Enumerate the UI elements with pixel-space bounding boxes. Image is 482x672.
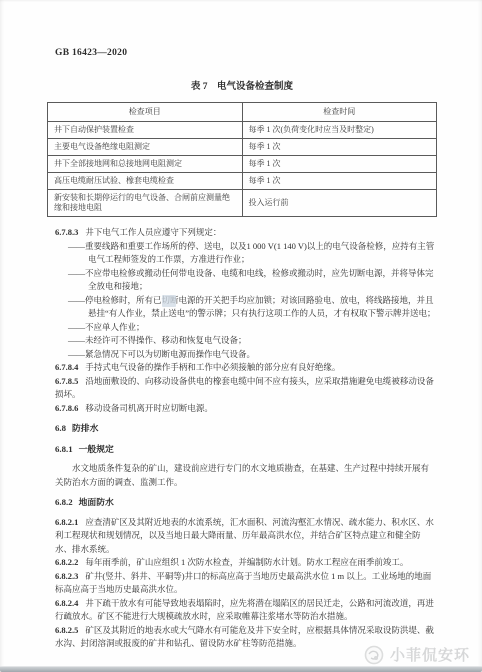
clause-text: 应查清矿区及其附近地表的水流系统，汇水面积、河流沟壑汇水情况、疏水能力、积水区、… [55,517,434,554]
table-row: 井下全部接地网和总接地网电阻测定每季 1 次 [48,156,437,173]
table-title: 表 7 电气设备检查制度 [47,78,437,92]
clause-number: 6.8 [55,423,66,433]
scan-smudge-artifact [162,295,176,307]
clause-text: 每年雨季前，矿山应组织 1 次防水检查，并编制防水计划。防水工程应在雨季前竣工。 [85,557,408,567]
dash-list-item: ——不应带电检修或搬动任何带电设备、电缆和电线，检修或搬动时，应先切断电源，并将… [55,267,437,294]
clause-paragraph: 6.8.2.1应查清矿区及其附近地表的水流系统，汇水面积、河流沟壑汇水情况、疏水… [55,516,437,557]
body-paragraph: 水文地质条件复杂的矿山，建设前应进行专门的水文地质勘查，在基建、生产过程中持续开… [55,462,437,489]
clause-text: 井下电气工作人员应遵守下列规定： [85,227,221,237]
column-header-item: 检查项目 [48,103,243,122]
clause-text: 移动设备司机离开时应切断电源。 [85,403,213,413]
clause-text: ——未经许可不得操作、移动和恢复电气设备； [68,335,247,345]
clause-number: 6.8.2.5 [55,625,78,635]
clause-text: 手持式电气设备的操作手柄和工作中必须接触的部分应有良好绝缘。 [85,362,340,372]
clause-text: 沿地面敷设的、向移动设备供电的橡套电缆中间不应有接头，应采取措施避免电缆被移动设… [55,376,434,400]
clause-text: ——不应带电检修或搬动任何带电设备、电缆和电线，检修或搬动时，应先切断电源，并将… [68,268,434,292]
clause-text: ——停电检修时，所有已切断电源的开关把手均应加锁；对该回路验电、放电，将线路接地… [68,295,436,319]
clause-number: 6.8.2 [55,497,73,507]
clause-paragraph: 6.7.8.4手持式电气设备的操作手柄和工作中必须接触的部分应有良好绝缘。 [55,361,437,375]
clause-text: ——不应单人作业； [68,322,145,332]
page-number: 52 [64,612,72,621]
clause-number: 6.8.2.3 [55,571,78,581]
inspection-item-cell: 高压电缆耐压试验、橡套电缆检查 [48,173,243,190]
inspection-item-cell: 井下全部接地网和总接地网电阻测定 [48,156,243,173]
dash-list-item: ——未经许可不得操作、移动和恢复电气设备； [55,334,437,348]
section-heading: 6.8防排水 [55,422,437,436]
clause-text: 防排水 [72,423,98,433]
dash-list-item: ——紧急情况下可以为切断电源而操作电气设备。 [55,348,437,362]
watermark-text: 小菲侃安环 [390,644,470,665]
table-row: 井下自动保护装置检查每季 1 次(负荷变化时应当及时整定) [48,122,437,139]
clause-text: 一般规定 [79,444,114,454]
clause-text: 井下疏干放水有可能导致地表塌陷时，应先将潜在塌陷区的居民迁走，公路和河流改道，再… [55,598,434,622]
clause-number: 6.7.8.5 [55,376,78,386]
clause-number: 6.8.1 [55,444,73,454]
clause-paragraph: 6.8.2.3矿井(竖井、斜井、平硐等)井口的标高应高于当地历史最高洪水位 1 … [55,570,437,597]
section-heading: 6.8.1一般规定 [55,443,437,457]
clause-paragraph: 6.8.2.2每年雨季前，矿山应组织 1 次防水检查，并编制防水计划。防水工程应… [55,556,437,570]
watermark: 小菲侃安环 [364,644,470,665]
inspection-time-cell: 投入运行前 [242,190,437,217]
body-text: 6.7.8.3井下电气工作人员应遵守下列规定：——重要线路和重要工作场所的停、送… [55,226,437,651]
clause-number: 6.7.8.3 [55,227,78,237]
inspection-item-cell: 新安装和长期停运行的电气设备、合闸前应测量绝缘和接地电阻 [48,190,243,217]
clause-number: 6.8.2.4 [55,598,78,608]
clause-paragraph: 6.7.8.6移动设备司机离开时应切断电源。 [55,402,437,416]
clause-text: ——重要线路和重要工作场所的停、送电，以及1 000 V(1 140 V)以上的… [68,241,434,265]
dash-list-item: ——重要线路和重要工作场所的停、送电，以及1 000 V(1 140 V)以上的… [55,240,437,267]
clause-number: 6.8.2.1 [55,517,78,527]
table-row: 新安装和长期停运行的电气设备、合闸前应测量绝缘和接地电阻投入运行前 [48,190,437,217]
clause-text: 水文地质条件复杂的矿山，建设前应进行专门的水文地质勘查，在基建、生产过程中持续开… [55,463,429,487]
column-header-time: 检查时间 [242,103,437,122]
clause-paragraph: 6.8.2.4井下疏干放水有可能导致地表塌陷时，应先将潜在塌陷区的居民迁走，公路… [55,597,437,624]
clause-number: 6.7.8.4 [55,362,78,372]
page-bottom-edge [0,666,482,672]
inspection-item-cell: 井下自动保护装置检查 [48,122,243,139]
inspection-time-cell: 每季 1 次(负荷变化时应当及时整定) [242,122,437,139]
clause-text: 矿井(竖井、斜井、平硐等)井口的标高应高于当地历史最高洪水位 1 m 以上。工业… [55,571,431,595]
clause-text: ——紧急情况下可以为切断电源而操作电气设备。 [68,349,255,359]
standard-code: GB 16423—2020 [55,48,437,58]
watermark-logo-icon [364,645,384,665]
document-page: GB 16423—2020 表 7 电气设备检查制度 检查项目 检查时间 井下自… [0,0,482,672]
clause-paragraph: 6.7.8.3井下电气工作人员应遵守下列规定： [55,226,437,240]
inspection-time-cell: 每季 1 次 [242,156,437,173]
table-row: 高压电缆耐压试验、橡套电缆检查每季 1 次 [48,173,437,190]
clause-number: 6.7.8.6 [55,403,78,413]
table-row: 主要电气设备绝缘电阻测定每季 1 次 [48,139,437,156]
section-heading: 6.8.2地面防水 [55,496,437,510]
inspection-item-cell: 主要电气设备绝缘电阻测定 [48,139,243,156]
table-header-row: 检查项目 检查时间 [48,103,437,122]
clause-paragraph: 6.7.8.5沿地面敷设的、向移动设备供电的橡套电缆中间不应有接头，应采取措施避… [55,375,437,402]
dash-list-item: ——停电检修时，所有已切断电源的开关把手均应加锁；对该回路验电、放电，将线路接地… [55,294,437,321]
dash-list-item: ——不应单人作业； [55,321,437,335]
page-content: GB 16423—2020 表 7 电气设备检查制度 检查项目 检查时间 井下自… [0,0,482,651]
inspection-table: 检查项目 检查时间 井下自动保护装置检查每季 1 次(负荷变化时应当及时整定)主… [47,102,437,217]
clause-text: 地面防水 [79,497,114,507]
inspection-time-cell: 每季 1 次 [242,173,437,190]
clause-number: 6.8.2.2 [55,557,78,567]
inspection-time-cell: 每季 1 次 [242,139,437,156]
